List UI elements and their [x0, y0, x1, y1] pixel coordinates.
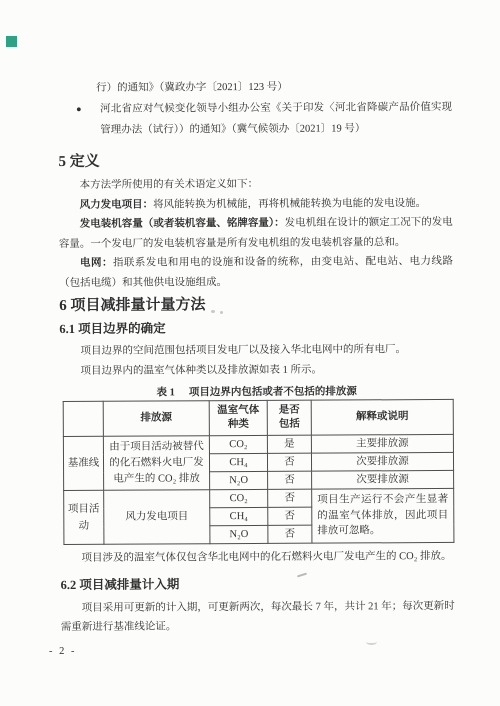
- gas-cell: CH₄: [210, 507, 268, 525]
- note-cell: 次要排放源: [311, 452, 453, 471]
- table-header-cell-source: 排放源: [103, 401, 209, 437]
- table-note-para: 项目涉及的温室气体仅包含华北电网中的化石燃料火电厂发电产生的 CO₂ 排放。: [60, 547, 454, 569]
- group-cell-project-activity: 项目活动: [64, 490, 104, 544]
- note-cell: 次要排放源: [312, 470, 454, 489]
- definition-installed-capacity: 发电装机容量（或者装机容量、铭牌容量）：发电机组在设计的额定工况下的发电容量。一…: [59, 213, 453, 254]
- section-6-1-heading: 6.1 项目边界的确定: [59, 320, 453, 337]
- section-6-2-heading: 6.2 项目减排量计入期: [61, 575, 455, 592]
- boundary-para-1: 项目边界的空间范围包括项目发电厂以及接入华北电网中的所有电厂。: [59, 340, 453, 362]
- gas-cell: CO₂: [209, 435, 267, 453]
- term-label: 发电装机容量（或者装机容量、铭牌容量）：: [80, 218, 285, 230]
- table-header-cell-note: 解释或说明: [311, 399, 453, 435]
- reference-continuation-line: 行）的通知》（冀政办字〔2021〕123 号）: [96, 76, 452, 99]
- source-cell: 由于项目活动被替代的化石燃料火电厂发电产生的 CO₂ 排放: [103, 436, 209, 491]
- gas-cell: CO₂: [210, 489, 268, 507]
- term-text: 指联系发电和用电的设施和设备的统称，由变电站、配电站、电力线路（包括电缆）和其他…: [59, 256, 453, 289]
- definition-wind-project: 风力发电项目：将风能转换为机械能，再将机械能转换为电能的发电设施。: [59, 193, 453, 215]
- term-label: 风力发电项目：: [80, 199, 154, 210]
- table-row: 项目活动 风力发电项目 CO₂ 否 项目生产运行不会产生显著的温室气体排放，因此…: [64, 488, 454, 508]
- bullet-icon: ●: [76, 99, 86, 141]
- gas-cell: N₂O: [210, 525, 268, 543]
- included-cell: 否: [268, 471, 312, 489]
- document-page: 行）的通知》（冀政办字〔2021〕123 号） ● 河北省应对气候变化领导小组办…: [0, 0, 500, 706]
- reference-item-text: 河北省应对气候变化领导小组办公室《关于印发〈河北省降碳产品价值实现管理办法（试行…: [100, 97, 452, 141]
- table-header-cell-included: 是否 包括: [267, 400, 311, 435]
- definitions-intro: 本方法学所使用的有关术语定义如下：: [59, 174, 453, 196]
- included-cell: 是: [267, 435, 311, 453]
- boundary-para-2: 项目边界内的温室气体种类以及排放源如表 1 所示。: [59, 359, 453, 381]
- page-content: 行）的通知》（冀政办字〔2021〕123 号） ● 河北省应对气候变化领导小组办…: [58, 76, 455, 659]
- gas-cell: CH₄: [209, 453, 267, 471]
- gas-cell: N₂O: [210, 471, 268, 489]
- table-header-row: 排放源 温室气体 种类 是否 包括 解释或说明: [63, 399, 453, 436]
- note-cell-merged: 项目生产运行不会产生显著的温室气体排放，因此项目排放可忽略。: [312, 488, 454, 543]
- page-number: - 2 -: [49, 642, 455, 658]
- section-6-heading: 6 项目减排量计量方法: [59, 296, 453, 315]
- crediting-period-para: 项目采用可更新的计入期，可更新两次，每次最长 7 年，共计 21 年；每次更新时…: [61, 596, 455, 637]
- source-cell: 风力发电项目: [104, 490, 210, 545]
- definition-grid: 电网：指联系发电和用电的设施和设备的统称，由变电站、配电站、电力线路（包括电缆）…: [59, 252, 453, 293]
- group-cell-baseline: 基准线: [63, 436, 103, 490]
- included-cell: 否: [268, 507, 312, 525]
- term-label: 电网：: [80, 258, 113, 269]
- table-caption-label: 表 1: [156, 387, 174, 398]
- reference-list-item: ● 河北省应对气候变化领导小组办公室《关于印发〈河北省降碳产品价值实现管理办法（…: [58, 97, 452, 141]
- included-cell: 否: [268, 489, 312, 507]
- table-caption-title: 项目边界内包括或者不包括的排放源: [189, 386, 357, 398]
- term-text: 将风能转换为机械能，再将机械能转换为电能的发电设施。: [153, 198, 426, 210]
- emission-sources-table: 排放源 温室气体 种类 是否 包括 解释或说明 基准线 由于项目活动被替代的化石…: [63, 399, 455, 545]
- note-cell: 主要排放源: [311, 434, 453, 453]
- section-5-heading: 5 定义: [58, 152, 452, 171]
- scan-marker: [6, 36, 17, 47]
- table-row: 基准线 由于项目活动被替代的化石燃料火电厂发电产生的 CO₂ 排放 CO₂ 是 …: [63, 434, 453, 454]
- included-cell: 否: [267, 453, 311, 471]
- table-header-cell-group: [63, 401, 103, 436]
- included-cell: 否: [268, 525, 312, 543]
- table-header-cell-gas: 温室气体 种类: [209, 400, 267, 435]
